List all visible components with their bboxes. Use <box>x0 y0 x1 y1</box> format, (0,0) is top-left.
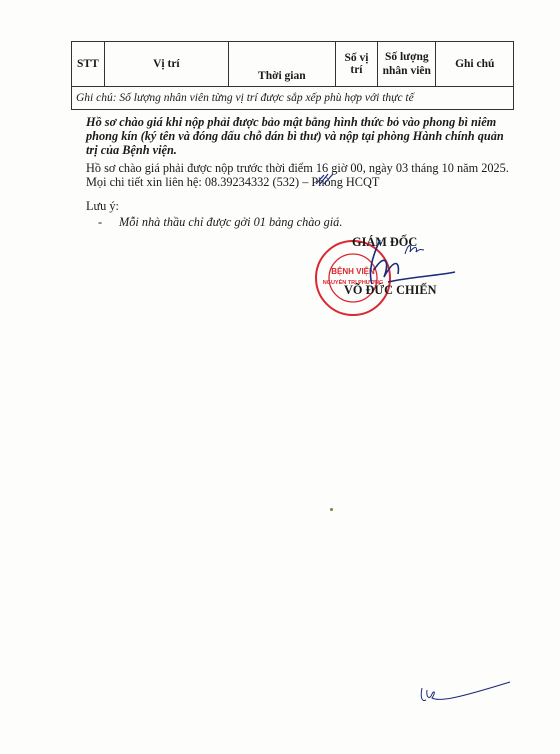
header-thoi-gian: Thời gian <box>228 42 335 87</box>
header-so-vi-tri: Số vịtrí <box>335 42 377 87</box>
header-stt: STT <box>72 42 105 87</box>
initial-signature-icon <box>314 172 336 186</box>
header-so-luong: Số lượngnhân viên <box>378 42 436 87</box>
header-vi-tri: Vị trí <box>104 42 228 87</box>
submission-instructions: Hồ sơ chào giá khi nộp phải được bảo mật… <box>86 115 516 157</box>
table-note: Ghi chú: Số lượng nhân viên từng vị trí … <box>72 87 514 110</box>
bullet-text: Mỗi nhà thầu chỉ được gởi 01 bảng chào g… <box>119 215 342 230</box>
bullet-mark: - <box>98 215 102 230</box>
staff-table: STT Vị trí Thời gian Số vịtrí Số lượngnh… <box>71 41 514 110</box>
page-initial-signature-icon <box>418 680 518 710</box>
deadline-contact: Hồ sơ chào giá phải được nộp trước thời … <box>86 161 516 189</box>
signatory-name: VÕ ĐỨC CHIẾN <box>344 283 436 298</box>
note-label: Lưu ý: <box>86 199 119 214</box>
scan-speck <box>330 508 333 511</box>
header-ghi-chu: Ghi chú <box>436 42 514 87</box>
